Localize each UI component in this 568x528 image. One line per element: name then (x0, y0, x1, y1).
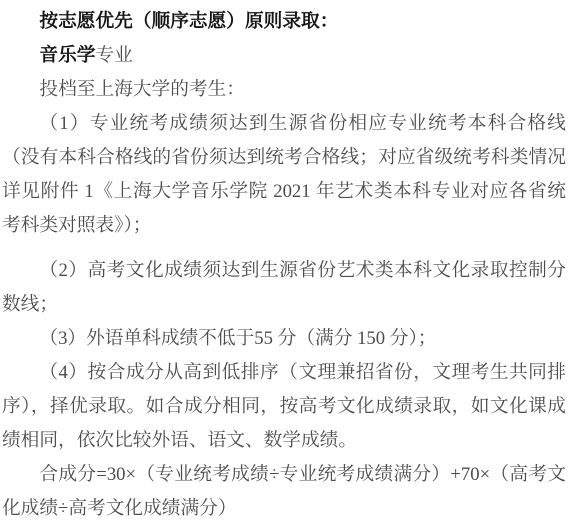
major-suffix-label: 专业 (95, 45, 132, 66)
intro-paragraph: 投档至上海大学的考生： (2, 73, 566, 107)
formula-paragraph: 合成分=30×（专业统考成绩÷专业统考成绩满分）+70×（高考文化成绩÷高考文化… (2, 458, 566, 526)
major-heading: 音乐学专业 (2, 38, 566, 73)
rule-paragraph-3: （3）外语单科成绩不低于55 分（满分 150 分）； (2, 322, 566, 356)
rule-paragraph-4: （4）按合成分从高到低排序（文理兼招省份，文理考生共同排序），择优录取。如合成分… (2, 356, 566, 458)
rule-paragraph-2: （2）高考文化成绩须达到生源省份艺术类本科文化录取控制分数线； (2, 254, 566, 322)
rule-paragraph-1: （1）专业统考成绩须达到生源省份相应专业统考本科合格线（没有本科合格线的省份须达… (2, 107, 566, 243)
admission-principle-heading: 按志愿优先（顺序志愿）原则录取： (2, 4, 566, 38)
document-page: 按志愿优先（顺序志愿）原则录取： 音乐学专业 投档至上海大学的考生： （1）专业… (0, 0, 568, 528)
major-name: 音乐学 (39, 44, 95, 65)
